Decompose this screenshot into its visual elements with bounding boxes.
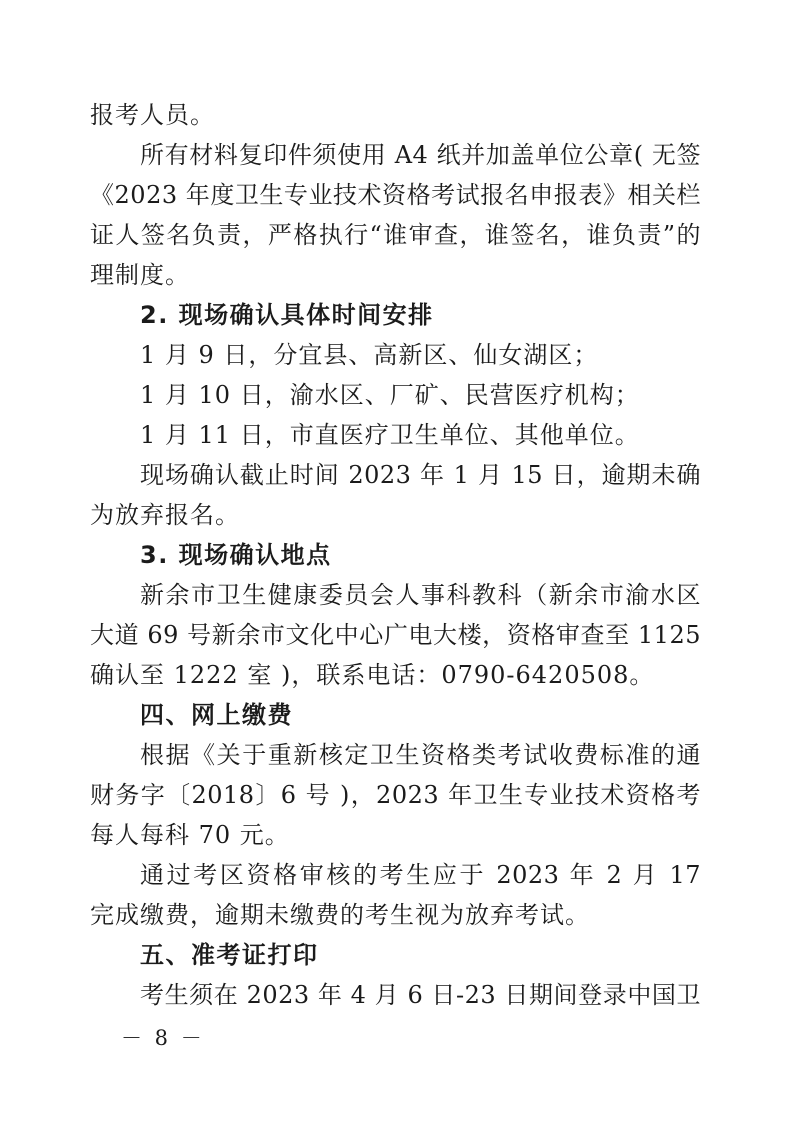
text-line: 财务字〔2018〕6 号 )，2023 年卫生专业技术资格考试收费标准为： bbox=[90, 775, 701, 815]
text-line: 《2023 年度卫生专业技术资格考试报名申报表》相关栏目还需验 bbox=[90, 175, 701, 215]
text-line: 根据《关于重新核定卫生资格类考试收费标准的通知》( 赣卫 bbox=[90, 735, 701, 775]
text-line: 完成缴费，逾期未缴费的考生视为放弃考试。 bbox=[90, 895, 701, 935]
section-heading: 五、准考证打印 bbox=[90, 935, 701, 975]
text-line: 大道 69 号新余市文化中心广电大楼，资格审查至 1125 室，现场 bbox=[90, 615, 701, 655]
text-line: 理制度。 bbox=[90, 255, 701, 295]
document-body: 报考人员。所有材料复印件须使用 A4 纸并加盖单位公章( 无签章无效 )，《20… bbox=[90, 95, 701, 1015]
page-number: － 8 － bbox=[121, 1022, 205, 1054]
text-line: 确认至 1222 室 )，联系电话：0790-6420508。 bbox=[90, 655, 701, 695]
section-heading: 3. 现场确认地点 bbox=[90, 535, 701, 575]
section-heading: 四、网上缴费 bbox=[90, 695, 701, 735]
text-line: 报考人员。 bbox=[90, 95, 701, 135]
text-line: 每人每科 70 元。 bbox=[90, 815, 701, 855]
text-line: 现场确认截止时间 2023 年 1 月 15 日，逾期未确认的考生视 bbox=[90, 455, 701, 495]
text-line: 1 月 9 日，分宜县、高新区、仙女湖区； bbox=[90, 335, 701, 375]
text-line: 证人签名负责，严格执行“谁审查，谁签名，谁负责”的审查管 bbox=[90, 215, 701, 255]
text-line: 所有材料复印件须使用 A4 纸并加盖单位公章( 无签章无效 )， bbox=[90, 135, 701, 175]
document-page: 报考人员。所有材料复印件须使用 A4 纸并加盖单位公章( 无签章无效 )，《20… bbox=[0, 0, 794, 1123]
text-line: 为放弃报名。 bbox=[90, 495, 701, 535]
section-heading: 2. 现场确认具体时间安排 bbox=[90, 295, 701, 335]
text-line: 考生须在 2023 年 4 月 6 日-23 日期间登录中国卫生人才网 bbox=[90, 975, 701, 1015]
text-line: 新余市卫生健康委员会人事科教科（新余市渝水区仰天岗东 bbox=[90, 575, 701, 615]
text-line: 1 月 10 日，渝水区、厂矿、民营医疗机构； bbox=[90, 375, 701, 415]
text-line: 通过考区资格审核的考生应于 2023 年 2 月 17 日-28 日期间 bbox=[90, 855, 701, 895]
text-line: 1 月 11 日，市直医疗卫生单位、其他单位。 bbox=[90, 415, 701, 455]
